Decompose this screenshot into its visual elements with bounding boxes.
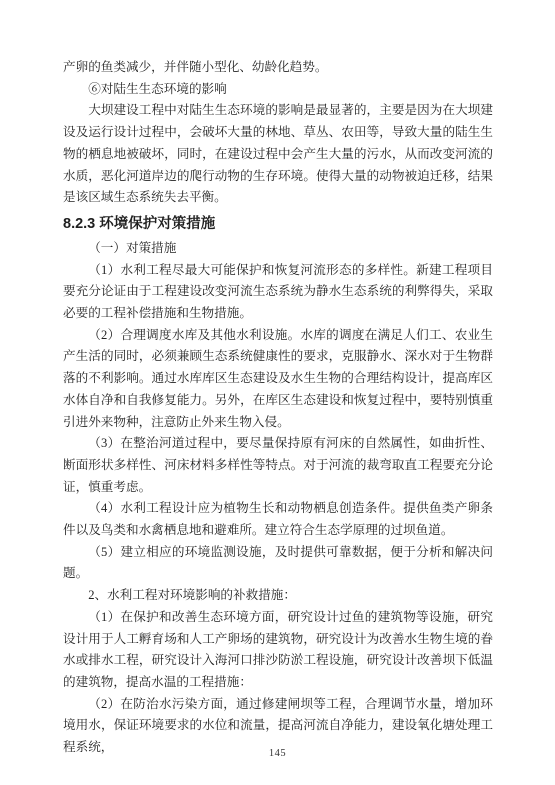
subitem-terrestrial-ecology-impact: ⑥对陆生生态环境的影响 — [63, 79, 493, 101]
list-item-measure-3: （3）在整治河道过程中，要尽量保持原有河床的自然属性，如曲折性、断面形状多样性、… — [63, 433, 493, 498]
page-content: 产卵的鱼类减少，并伴随小型化、幼龄化趋势。 ⑥对陆生生态环境的影响 大坝建设工程… — [63, 57, 493, 759]
page-number: 145 — [0, 748, 555, 759]
list-item-measure-5: （5）建立相应的环境监测设施，及时提供可靠数据，便于分析和解决问题。 — [63, 542, 493, 585]
paragraph-dam-construction-impact: 大坝建设工程中对陆生生态环境的影响是最显著的，主要是因为在大坝建设及运行设计过程… — [63, 100, 493, 209]
paragraph-fish-spawning-decline: 产卵的鱼类减少，并伴随小型化、幼龄化趋势。 — [63, 57, 493, 79]
subheading-remedial-measures: 2、水利工程对环境影响的补救措施： — [63, 585, 493, 607]
list-item-measure-1: （1）水利工程尽最大可能保护和恢复河流形态的多样性。新建工程项目要充分论证由于工… — [63, 260, 493, 325]
list-item-measure-4: （4）水利工程设计应为植物生长和动物栖息创造条件。提供鱼类产卵条件以及鸟类和水禽… — [63, 498, 493, 541]
subheading-countermeasures: （一）对策措施 — [63, 238, 493, 260]
list-item-remedy-1: （1）在保护和改善生态环境方面，研究设计过鱼的建筑物等设施，研究设计用于人工孵育… — [63, 607, 493, 694]
document-page: 产卵的鱼类减少，并伴随小型化、幼龄化趋势。 ⑥对陆生生态环境的影响 大坝建设工程… — [0, 0, 555, 785]
section-heading-8-2-3: 8.2.3 环境保护对策措施 — [63, 212, 493, 236]
list-item-measure-2: （2）合理调度水库及其他水利设施。水库的调度在满足人们工、农业生产生活的同时，必… — [63, 325, 493, 434]
